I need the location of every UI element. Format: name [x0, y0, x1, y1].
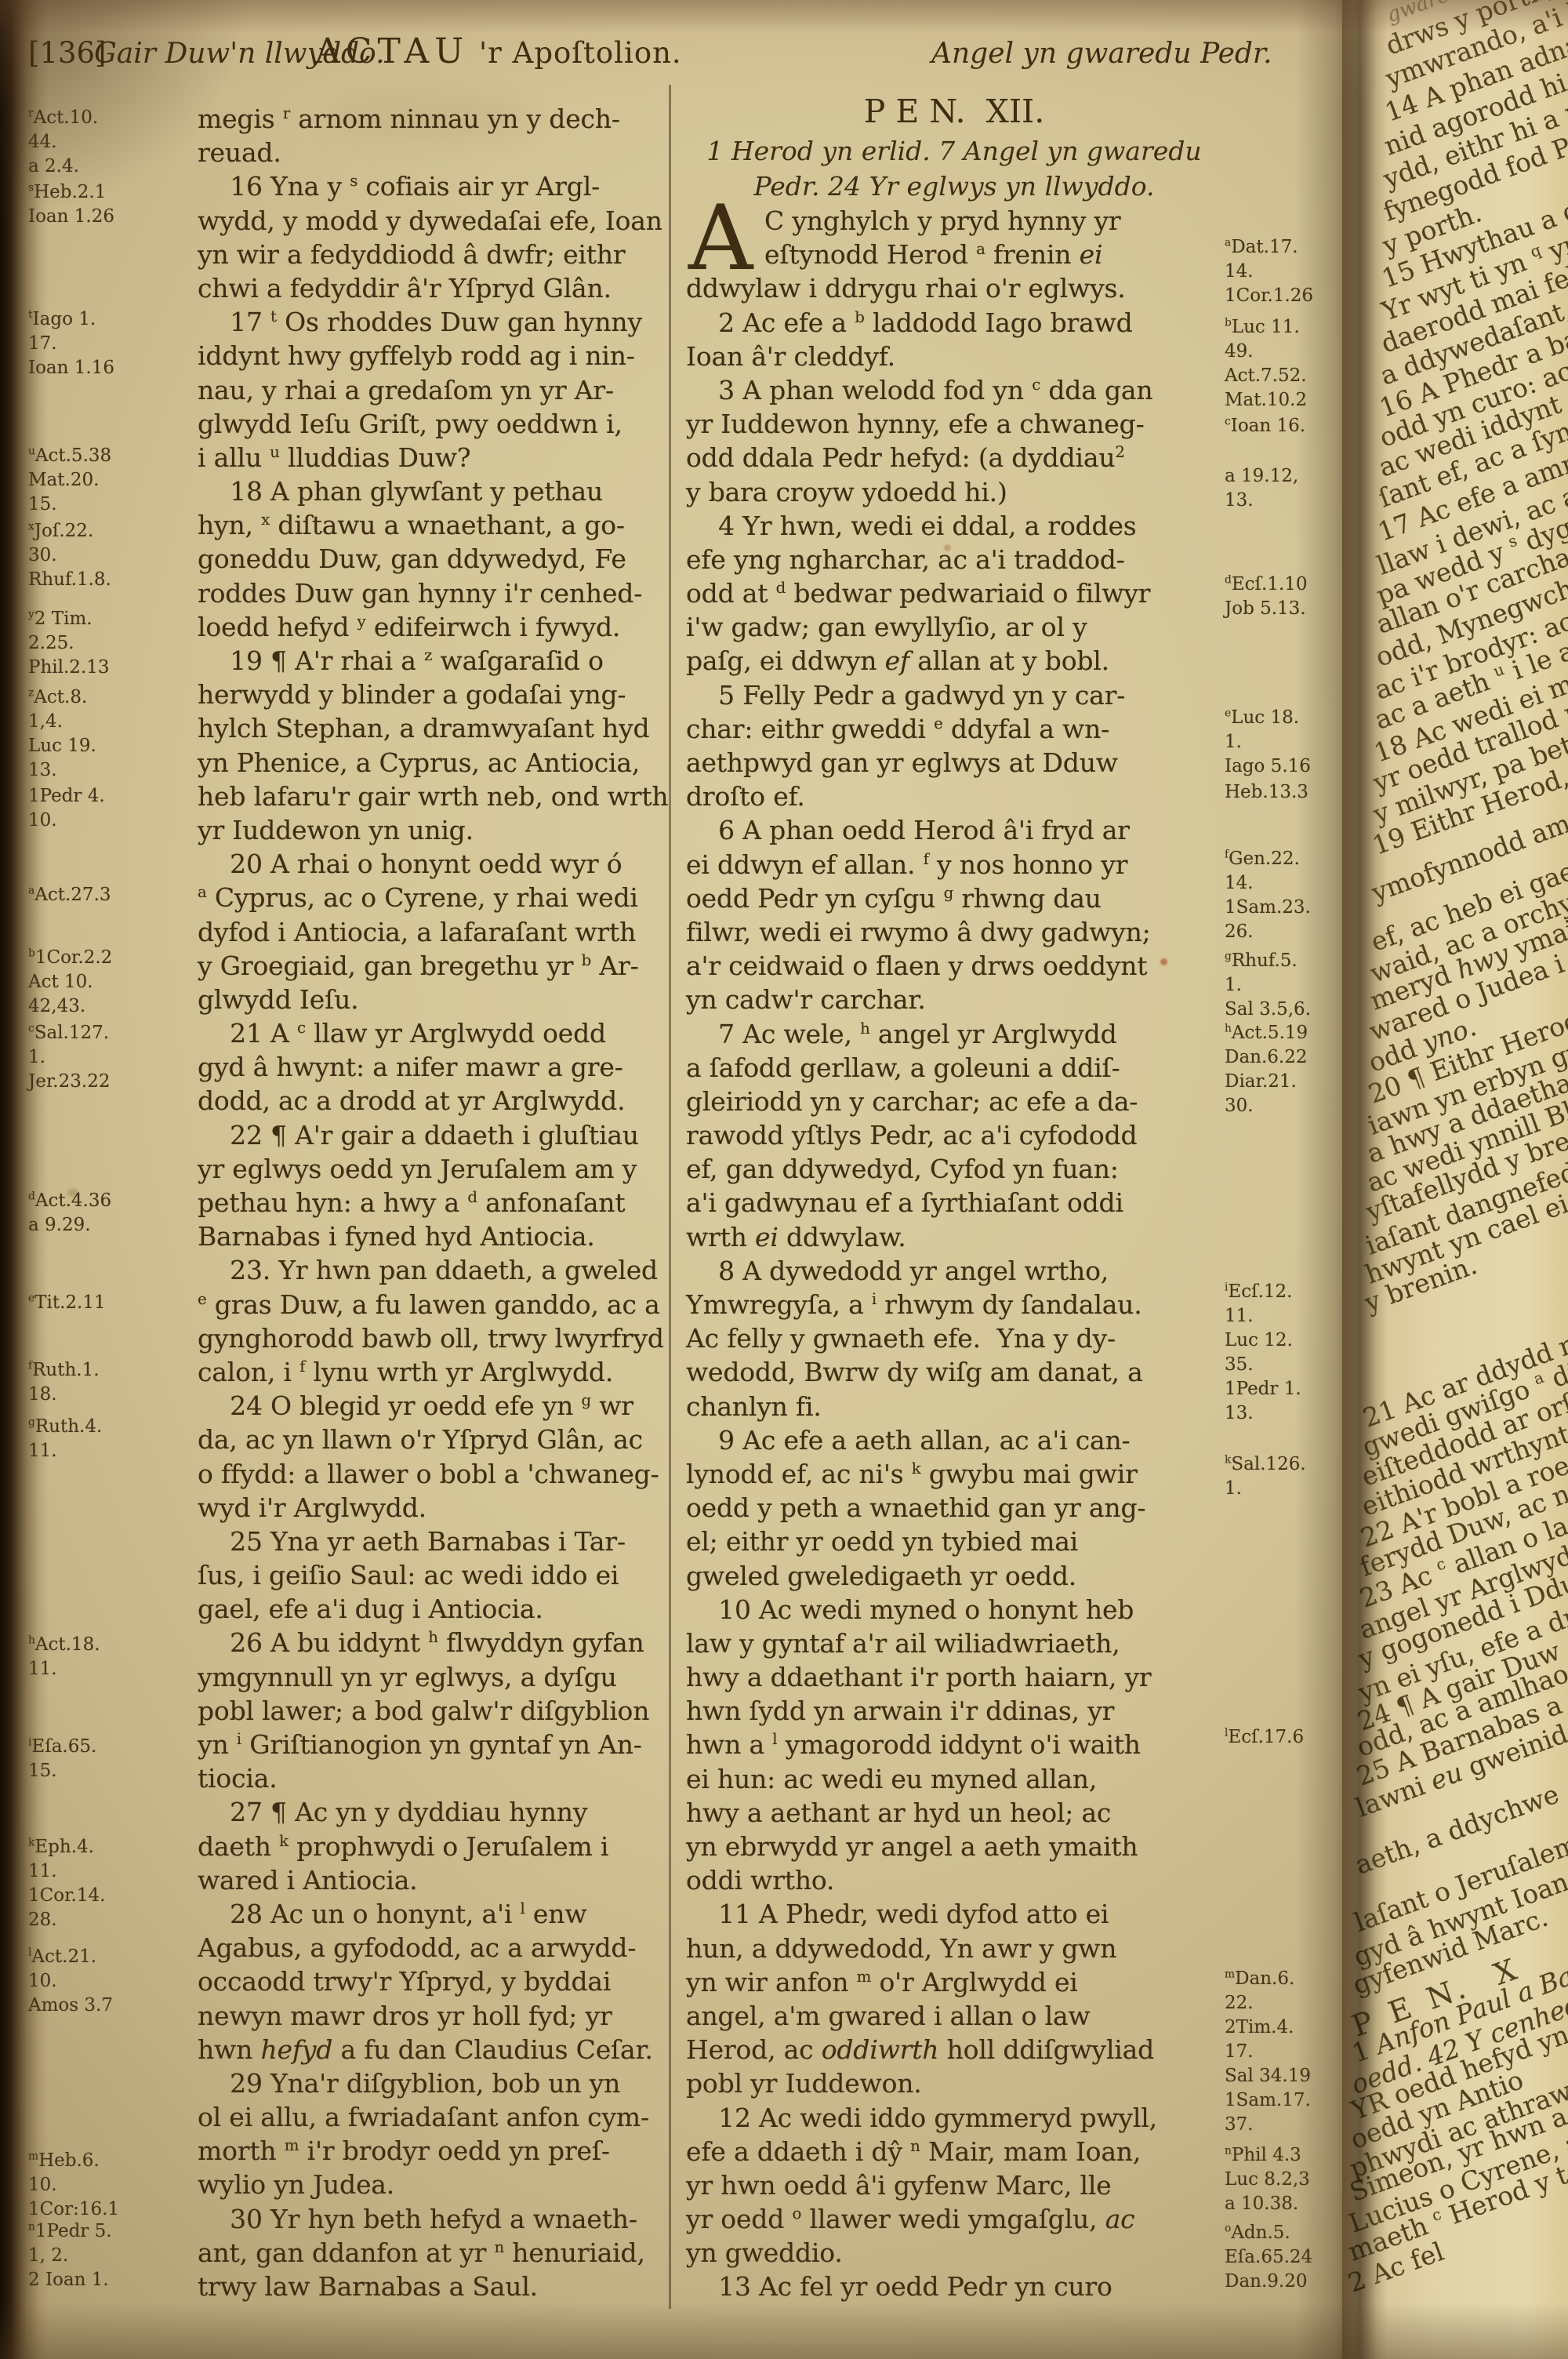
text-line: ſus, i geiſio Saul: ac wedi iddo ei — [198, 1558, 671, 1592]
text-line: 7 Ac wele, h angel yr Arglwydd — [686, 1017, 1222, 1051]
margin-note: 14. — [1225, 871, 1311, 896]
margin-note: 35. — [1225, 1353, 1301, 1377]
margin-note: a 19.12, — [1225, 464, 1298, 489]
text-line: gyd â hwynt: a nifer mawr a gre- — [198, 1050, 671, 1084]
margin-note-group: hAct.18.11. — [28, 1633, 100, 1681]
margin-note-group: b1Cor.2.2Act 10.42,43. — [28, 946, 112, 1019]
text-line: oedd y peth a wnaethid gan yr ang- — [686, 1491, 1222, 1525]
margin-note: nPhil 4.3 — [1225, 2143, 1310, 2168]
text-line: y bara croyw ydoedd hi.) — [686, 475, 1222, 509]
summary-line: 1 Herod yn erlid. 7 Angel yn gwaredu — [686, 133, 1222, 169]
margin-note: Act 10. — [28, 970, 112, 994]
margin-note: Diar.21. — [1225, 1070, 1308, 1094]
text-line: gynghorodd bawb oll, trwy lwyrfryd — [198, 1321, 671, 1355]
text-line: a'i gadwynau ef a ſyrthiaſant oddi — [686, 1186, 1222, 1219]
text-line: efe a ddaeth i dŷ n Mair, mam Ioan, — [686, 2135, 1222, 2168]
text-line: yn wir a fedyddiodd â dwfr; eithr — [198, 238, 671, 271]
chapter-heading: P E N. XII. — [686, 93, 1222, 130]
margin-note: 11. — [28, 1439, 102, 1463]
margin-note: 10. — [28, 1969, 113, 1994]
text-line: Agabus, a gyfododd, ac a arwydd- — [198, 1931, 671, 1965]
text-line: e gras Duw, a fu lawen ganddo, ac a — [198, 1288, 671, 1321]
text-line: 19 ¶ A'r rhai a z waſgaraſid o — [198, 644, 671, 678]
margin-note: Eſa.65.24 — [1225, 2245, 1312, 2270]
text-line: 13 Ac fel yr oedd Pedr yn curo — [686, 2270, 1222, 2303]
margin-note: 1. — [28, 1045, 110, 1070]
margin-note: 2 Ioan 1. — [28, 2268, 112, 2292]
margin-note-group: a 19.12,13. — [1225, 464, 1298, 513]
margin-note: n1Pedr 5. — [28, 2219, 112, 2244]
text-line: tiocia. — [198, 1761, 671, 1795]
text-line: 16 Yna y s cofiais air yr Argl- — [198, 169, 671, 203]
text-line: calon, i f lynu wrth yr Arglwydd. — [198, 1355, 671, 1389]
text-line: 23. Yr hwn pan ddaeth, a gweled — [198, 1253, 671, 1287]
margin-note: 1. — [1225, 1477, 1306, 1501]
margin-note: Ioan 1.16 — [28, 356, 114, 380]
chapter-summary: 1 Herod yn erlid. 7 Angel yn gwareduPedr… — [686, 133, 1222, 204]
text-line: hyn, x diſtawu a wnaethant, a go- — [198, 508, 671, 542]
text-line: yn Phenice, a Cyprus, ac Antiocia, — [198, 746, 671, 780]
book-title-caps: ACTAU — [315, 31, 469, 71]
margin-note: lEcſ.17.6 — [1225, 1725, 1304, 1750]
margin-note: rAct.10. — [28, 106, 98, 130]
margin-note: kEph.4. — [28, 1835, 105, 1859]
margin-note-group: iEſa.65.15. — [28, 1735, 96, 1783]
margin-note: iEcſ.12. — [1225, 1280, 1301, 1304]
margin-note: Luc 19. — [28, 734, 96, 758]
text-line: Ioan â'r cleddyf. — [686, 340, 1222, 373]
margin-note: Heb.13.3 — [1225, 780, 1308, 805]
margin-note: 1Cor:16.1 — [28, 2197, 119, 2222]
margin-note: Mat.20. — [28, 468, 111, 493]
margin-note-group: oAdn.5.Eſa.65.24Dan.9.20 — [1225, 2221, 1312, 2294]
margin-note-group: dAct.4.36a 9.29. — [28, 1189, 111, 1238]
text-line: i allu u lluddias Duw? — [198, 441, 671, 474]
text-line: Ac felly y gwnaeth efe. Yna y dy- — [686, 1321, 1222, 1355]
text-line: da, ac yn llawn o'r Yſpryd Glân, ac — [198, 1423, 671, 1456]
margin-note: b1Cor.2.2 — [28, 946, 112, 970]
text-line: i'w gadw; gan ewyllyſio, ar ol y — [686, 610, 1222, 644]
text-line: hun, a ddywedodd, Yn awr y gwn — [686, 1932, 1222, 1965]
margin-note-group: dEcſ.1.10Job 5.13. — [1225, 572, 1308, 621]
text-line: char: eithr gweddi e ddyfal a wn- — [686, 712, 1222, 746]
margin-note-group: gRuth.4.11. — [28, 1415, 102, 1463]
margin-note: 22. — [1225, 1991, 1311, 2016]
margin-note: Jer.23.22 — [28, 1070, 110, 1094]
text-line: C ynghylch y pryd hynny yr — [686, 204, 1222, 238]
text-line: 2 Ac efe a b laddodd Iago brawd — [686, 306, 1222, 340]
text-line: yn i Griſtianogion yn gyntaf yn An- — [198, 1728, 671, 1761]
text-line: ei ddwyn ef allan. f y nos honno yr — [686, 848, 1222, 881]
margin-note-group: tIago 1.17.Ioan 1.16 — [28, 307, 114, 380]
text-line: aethpwyd gan yr eglwys at Dduw — [686, 746, 1222, 780]
text-line: 28 Ac un o honynt, a'i l enw — [198, 1897, 671, 1931]
margin-note: 26. — [1225, 920, 1311, 944]
margin-note: lAct.21. — [28, 1945, 113, 1969]
margin-note-group: eTit.2.11 — [28, 1291, 106, 1315]
margin-note: gRuth.4. — [28, 1415, 102, 1439]
margin-note: eLuc 18. — [1225, 706, 1311, 730]
margin-note: xJoſ.22. — [28, 519, 111, 543]
text-line: odd at d bedwar pedwariaid o filwyr — [686, 576, 1222, 610]
text-line: 27 ¶ Ac yn y dyddiau hynny — [198, 1795, 671, 1829]
text-line: filwr, wedi ei rwymo â dwy gadwyn; — [686, 915, 1222, 949]
margin-note: Dan.9.20 — [1225, 2270, 1312, 2294]
margin-note: 1Pedr 4. — [28, 784, 105, 809]
margin-note: y2 Tim. — [28, 607, 110, 631]
book-title-rest: 'r Apoſtolion. — [469, 36, 681, 70]
text-line: gweled gweledigaeth yr oedd. — [686, 1559, 1222, 1593]
text-line: o ffydd: a llawer o bobl a 'chwaneg- — [198, 1457, 671, 1491]
text-line: yn cadw'r carchar. — [686, 983, 1222, 1016]
margin-note: 28. — [28, 1908, 105, 1932]
margin-note: 44. — [28, 130, 98, 154]
margin-note: mDan.6. — [1225, 1967, 1311, 1991]
text-line: 22 ¶ A'r gair a ddaeth i gluſtiau — [198, 1118, 671, 1152]
text-line: 4 Yr hwn, wedi ei ddal, a roddes — [686, 509, 1222, 543]
margin-note: bLuc 11. — [1225, 315, 1307, 340]
margin-note: 18. — [28, 1383, 100, 1407]
margin-note-group: xJoſ.22.30.Rhuf.1.8. — [28, 519, 111, 592]
text-line: 8 A dywedodd yr angel wrtho, — [686, 1254, 1222, 1288]
margin-note: 1Pedr 1. — [1225, 1377, 1301, 1401]
margin-note: cSal.127. — [28, 1021, 110, 1045]
text-line: paſg, ei ddwyn ef allan at y bobl. — [686, 644, 1222, 678]
text-line: 9 Ac efe a aeth allan, ac a'i can- — [686, 1423, 1222, 1457]
margin-note-group: fRuth.1.18. — [28, 1358, 100, 1407]
margin-note: 11. — [28, 1859, 105, 1884]
text-line: hwn a l ymagorodd iddynt o'i waith — [686, 1728, 1222, 1761]
text-line: 6 A phan oedd Herod â'i fryd ar — [686, 813, 1222, 847]
margin-note-group: uAct.5.38Mat.20.15. — [28, 444, 111, 517]
margin-note-group: aAct.27.3 — [28, 883, 111, 907]
margin-note-group: kSal.126.1. — [1225, 1452, 1306, 1501]
text-line: pethau hyn: a hwy a d anfonaſant — [198, 1186, 671, 1219]
text-line: loedd hefyd y edifeirwch i fywyd. — [198, 610, 671, 644]
margin-note: Sal 3.5,6. — [1225, 998, 1311, 1022]
text-line: wylio yn Judea. — [198, 2168, 671, 2201]
text-line: eſtynodd Herod a frenin ei — [686, 238, 1222, 271]
text-line: a'r ceidwaid o flaen y drws oeddynt — [686, 949, 1222, 983]
margin-note: 13. — [28, 758, 96, 783]
text-line: a Cyprus, ac o Cyrene, y rhai wedi — [198, 881, 671, 914]
margin-note: 2.25. — [28, 631, 110, 656]
text-line: yr oedd o llawer wedi ymgaſglu, ac — [686, 2202, 1222, 2236]
text-line: 17 t Os rhoddes Duw gan hynny — [198, 305, 671, 339]
margin-note-group: 1Pedr 4.10. — [28, 784, 105, 833]
margin-note: iEſa.65. — [28, 1735, 96, 1759]
margin-note-group: aDat.17.14.1Cor.1.26 — [1225, 235, 1313, 308]
margin-note: 1Cor.1.26 — [1225, 284, 1313, 308]
text-line: gleiriodd yn y carchar; ac efe a da- — [686, 1085, 1222, 1118]
text-line: wydd, y modd y dywedaſai efe, Ioan — [198, 204, 671, 238]
text-line: Ymwregyſa, a i rhwym dy ſandalau. — [686, 1288, 1222, 1321]
text-line: wrth ei ddwylaw. — [686, 1220, 1222, 1254]
text-line: yn gweddio. — [686, 2236, 1222, 2270]
margin-note: hAct.18. — [28, 1633, 100, 1657]
margin-note: a 9.29. — [28, 1213, 111, 1238]
text-line: heb lafaru'r gair wrth neb, ond wrth — [198, 780, 671, 813]
margin-note-group: lAct.21.10.Amos 3.7 — [28, 1945, 113, 2018]
text-line: hwn ſydd yn arwain i'r ddinas, yr — [686, 1694, 1222, 1728]
margin-note: cIoan 16. — [1225, 414, 1305, 438]
margin-note-group: kEph.4.11.1Cor.14.28. — [28, 1835, 105, 1932]
text-line: hwy a ddaethant i'r porth haiarn, yr — [686, 1660, 1222, 1694]
text-line: wedodd, Bwrw dy wiſg am danat, a — [686, 1355, 1222, 1389]
text-line: wared i Antiocia. — [198, 1863, 671, 1897]
text-line: megis r arnom ninnau yn y dech- — [198, 102, 671, 136]
text-line: ant, gan ddanfon at yr n henuriaid, — [198, 2236, 671, 2270]
margin-note: Act.7.52. — [1225, 364, 1307, 388]
right-margin-cross-references: aDat.17.14.1Cor.1.26bLuc 11.49.Act.7.52.… — [1225, 0, 1341, 2359]
text-line: 18 A phan glywſant y pethau — [198, 474, 671, 508]
text-line: trwy law Barnabas a Saul. — [198, 2270, 671, 2303]
text-line: odd ddala Pedr hefyd: (a dyddiau2 — [686, 441, 1222, 474]
margin-note: uAct.5.38 — [28, 444, 111, 468]
text-line: chanlyn fi. — [686, 1390, 1222, 1423]
margin-note: 1Cor.14. — [28, 1884, 105, 1908]
text-line: efe yng ngharchar, ac a'i traddod- — [686, 543, 1222, 576]
text-line: ei hun: ac wedi eu myned allan, — [686, 1762, 1222, 1796]
margin-note: fRuth.1. — [28, 1358, 100, 1383]
text-line: el; eithr yr oedd yn tybied mai — [686, 1525, 1222, 1558]
text-line: 24 O blegid yr oedd efe yn g wr — [198, 1389, 671, 1423]
text-line: yr eglwys oedd yn Jeruſalem am y — [198, 1152, 671, 1186]
margin-note-group: cSal.127.1.Jer.23.22 — [28, 1021, 110, 1094]
margin-note: 10. — [28, 2173, 119, 2197]
margin-note: 1. — [1225, 730, 1311, 754]
margin-note: 11. — [28, 1657, 100, 1681]
margin-note: tIago 1. — [28, 307, 114, 332]
text-line: 21 A c llaw yr Arglwydd oedd — [198, 1016, 671, 1050]
margin-note-group: n1Pedr 5.1, 2.2 Ioan 1. — [28, 2219, 112, 2292]
text-line: y Groegiaid, gan bregethu yr b Ar- — [198, 949, 671, 983]
text-line: 12 Ac wedi iddo gymmeryd pwyll, — [686, 2101, 1222, 2135]
margin-note: 49. — [1225, 340, 1307, 364]
text-line: pobl yr Iuddewon. — [686, 2066, 1222, 2100]
margin-note-group: nPhil 4.3Luc 8.2,3a 10.38. — [1225, 2143, 1310, 2216]
margin-note: 17. — [1225, 2040, 1311, 2064]
margin-note: 17. — [28, 332, 114, 356]
margin-note: 1Sam.23. — [1225, 896, 1311, 920]
margin-note: 10. — [28, 809, 105, 833]
margin-note-group: sHeb.2.1Ioan 1.26 — [28, 180, 114, 229]
text-line: ddwylaw i ddrygu rhai o'r eglwys. — [686, 271, 1222, 305]
margin-note: dEcſ.1.10 — [1225, 572, 1308, 597]
margin-note: sHeb.2.1 — [28, 180, 114, 205]
margin-note: Mat.10.2 — [1225, 388, 1307, 413]
margin-note-group: fGen.22.14.1Sam.23.26. — [1225, 847, 1311, 944]
margin-note-group: rAct.10.44.a 2.4. — [28, 106, 98, 179]
text-line: rawodd yſtlys Pedr, ac a'i cyfododd — [686, 1118, 1222, 1152]
text-line: wyd i'r Arglwydd. — [198, 1491, 671, 1525]
margin-note: Amos 3.7 — [28, 1994, 113, 2018]
left-column-text: megis r arnom ninnau yn y dech-reuad. 16… — [198, 102, 671, 2303]
margin-note: eTit.2.11 — [28, 1291, 106, 1315]
text-line: occaodd trwy'r Yſpryd, y byddai — [198, 1965, 671, 1998]
margin-note: Sal 34.19 — [1225, 2064, 1311, 2088]
margin-note: 30. — [28, 543, 111, 568]
text-line: pobl lawer; a bod galw'r diſgyblion — [198, 1694, 671, 1728]
text-line: 25 Yna yr aeth Barnabas i Tar- — [198, 1525, 671, 1558]
text-line: 5 Felly Pedr a gadwyd yn y car- — [686, 678, 1222, 712]
margin-note: 13. — [1225, 1401, 1301, 1426]
text-line: gael, efe a'i dug i Antiocia. — [198, 1592, 671, 1626]
right-running-title: Angel yn gwaredu Pedr. — [931, 38, 1272, 70]
margin-note-group: y2 Tim.2.25.Phil.2.13 — [28, 607, 110, 680]
margin-note: Iago 5.16 — [1225, 754, 1311, 779]
margin-note-group: Heb.13.3 — [1225, 780, 1308, 805]
margin-note: Luc 12. — [1225, 1329, 1301, 1353]
text-line: 26 A bu iddynt h flwyddyn gyfan — [198, 1626, 671, 1659]
text-line: dodd, ac a drodd at yr Arglwydd. — [198, 1084, 671, 1118]
text-line: angel, a'm gwared i allan o law — [686, 1999, 1222, 2033]
text-line: iddynt hwy gyffelyb rodd ag i nin- — [198, 339, 671, 373]
book-title: ACTAU 'r Apoſtolion. — [315, 31, 682, 71]
text-line: ymgynnull yn yr eglwys, a dyſgu — [198, 1660, 671, 1694]
margin-note: 13. — [1225, 489, 1298, 513]
margin-note: 30. — [1225, 1094, 1308, 1118]
margin-note: Job 5.13. — [1225, 597, 1308, 621]
text-line: daeth k prophwydi o Jeruſalem i — [198, 1830, 671, 1863]
margin-note: 15. — [28, 1759, 96, 1783]
margin-note-group: gRhuf.5.1.Sal 3.5,6. — [1225, 949, 1311, 1022]
text-line: droſto ef. — [686, 780, 1222, 813]
margin-note-group: eLuc 18.1.Iago 5.16 — [1225, 706, 1311, 779]
text-line: law y gyntaf a'r ail wiliadwriaeth, — [686, 1627, 1222, 1660]
text-line: yr Iuddewon yn unig. — [198, 813, 671, 847]
text-line: oddi wrtho. — [686, 1863, 1222, 1897]
margin-note: kSal.126. — [1225, 1452, 1306, 1477]
text-line: morth m i'r brodyr oedd yn preſ- — [198, 2134, 671, 2168]
text-line: yr hwn oedd â'i gyfenw Marc, lle — [686, 2168, 1222, 2202]
text-line: dyfod i Antiocia, a lafaraſant wrth — [198, 915, 671, 949]
text-line: Barnabas i fyned hyd Antiocia. — [198, 1219, 671, 1253]
margin-note-group: bLuc 11.49.Act.7.52.Mat.10.2 — [1225, 315, 1307, 413]
margin-note: 1, 2. — [28, 2244, 112, 2268]
margin-note-group: mDan.6.22.2Tim.4.17.Sal 34.191Sam.17.37. — [1225, 1967, 1311, 2137]
margin-note-group: iEcſ.12.11.Luc 12.35.1Pedr 1.13. — [1225, 1280, 1301, 1426]
margin-note-group: mHeb.6.10.1Cor:16.1 — [28, 2149, 119, 2222]
margin-note: aAct.27.3 — [28, 883, 111, 907]
text-line: ol ei allu, a fwriadaſant anfon cym- — [198, 2100, 671, 2134]
margin-note-group: hAct.5.19Dan.6.22Diar.21.30. — [1225, 1021, 1308, 1118]
margin-note: Dan.6.22 — [1225, 1045, 1308, 1070]
left-margin-cross-references: rAct.10.44.a 2.4.sHeb.2.1Ioan 1.26tIago … — [28, 0, 194, 2359]
bible-page-scan: gwaredu Pedr.drws y porth,ymwrando, a'i … — [0, 0, 1568, 2359]
margin-note: Ioan 1.26 — [28, 205, 114, 229]
margin-note: dAct.4.36 — [28, 1189, 111, 1213]
margin-note: aDat.17. — [1225, 235, 1313, 260]
next-page-curled-edge: gwaredu Pedr.drws y porth,ymwrando, a'i … — [1342, 0, 1568, 2359]
text-line: a ſafodd gerllaw, a goleuni a ddiſ- — [686, 1051, 1222, 1085]
text-line: 30 Yr hyn beth hefyd a wnaeth- — [198, 2202, 671, 2236]
margin-note: 1Sam.17. — [1225, 2088, 1311, 2113]
margin-note: oAdn.5. — [1225, 2221, 1312, 2245]
margin-note: Rhuf.1.8. — [28, 568, 111, 592]
text-line: hylch Stephan, a dramwyaſant hyd — [198, 711, 671, 745]
margin-note: 15. — [28, 493, 111, 517]
margin-note: gRhuf.5. — [1225, 949, 1311, 973]
text-line: reuad. — [198, 136, 671, 169]
text-line: glwydd Ieſu Griſt, pwy oeddwn i, — [198, 407, 671, 441]
margin-note: mHeb.6. — [28, 2149, 119, 2173]
text-line: ef, gan ddywedyd, Cyfod yn fuan: — [686, 1152, 1222, 1186]
margin-note: 14. — [1225, 260, 1313, 284]
running-header: [136] Gair Duw'n llwyddo. ACTAU 'r Apoſt… — [0, 31, 1342, 77]
text-line: 20 A rhai o honynt oedd wyr ó — [198, 847, 671, 881]
text-line: yr Iuddewon hynny, efe a chwaneg- — [686, 407, 1222, 441]
margin-note: a 10.38. — [1225, 2192, 1310, 2216]
text-line: goneddu Duw, gan ddywedyd, Fe — [198, 542, 671, 576]
text-line: nau, y rhai a gredaſom yn yr Ar- — [198, 373, 671, 407]
margin-note: hAct.5.19 — [1225, 1021, 1308, 1045]
summary-line: Pedr. 24 Yr eglwys yn llwyddo. — [686, 169, 1222, 204]
text-line: 10 Ac wedi myned o honynt heb — [686, 1593, 1222, 1627]
text-line: newyn mawr dros yr holl fyd; yr — [198, 1999, 671, 2033]
right-column-text: C ynghylch y pryd hynny yreſtynodd Herod… — [686, 204, 1222, 2304]
margin-note: 2Tim.4. — [1225, 2016, 1311, 2040]
margin-note: a 2.4. — [28, 154, 98, 179]
margin-note: 1,4. — [28, 710, 96, 734]
text-line: 3 A phan welodd fod yn c dda gan — [686, 373, 1222, 407]
margin-note: Luc 8.2,3 — [1225, 2168, 1310, 2192]
margin-note: 42,43. — [28, 994, 112, 1019]
text-line: 11 A Phedr, wedi dyfod atto ei — [686, 1897, 1222, 1931]
margin-note: 11. — [1225, 1304, 1301, 1329]
margin-note-group: lEcſ.17.6 — [1225, 1725, 1304, 1750]
margin-note-group: cIoan 16. — [1225, 414, 1305, 438]
text-line: chwi a fedyddir â'r Yſpryd Glân. — [198, 271, 671, 305]
text-line: hwn hefyd a fu dan Claudius Ceſar. — [198, 2033, 671, 2066]
text-line: yn wir anfon m o'r Arglwydd ei — [686, 1965, 1222, 1999]
text-line: lynodd ef, ac ni's k gwybu mai gwir — [686, 1457, 1222, 1491]
text-line: yn ebrwydd yr angel a aeth ymaith — [686, 1830, 1222, 1863]
margin-note: 1. — [1225, 973, 1311, 998]
text-line: herwydd y blinder a godaſai yng- — [198, 678, 671, 711]
margin-note: Phil.2.13 — [28, 656, 110, 680]
text-line: oedd Pedr yn cyſgu g rhwng dau — [686, 881, 1222, 915]
text-line: glwydd Ieſu. — [198, 983, 671, 1016]
text-line: 29 Yna'r diſgyblion, bob un yn — [198, 2066, 671, 2100]
text-line: Herod, ac oddiwrth holl ddiſgwyliad — [686, 2033, 1222, 2066]
margin-note: 37. — [1225, 2113, 1311, 2137]
margin-note: zAct.8. — [28, 685, 96, 710]
text-line: roddes Duw gan hynny i'r cenhed- — [198, 576, 671, 610]
text-line: hwy a aethant ar hyd un heol; ac — [686, 1796, 1222, 1830]
margin-note-group: zAct.8.1,4.Luc 19.13. — [28, 685, 96, 783]
margin-note: fGen.22. — [1225, 847, 1311, 871]
